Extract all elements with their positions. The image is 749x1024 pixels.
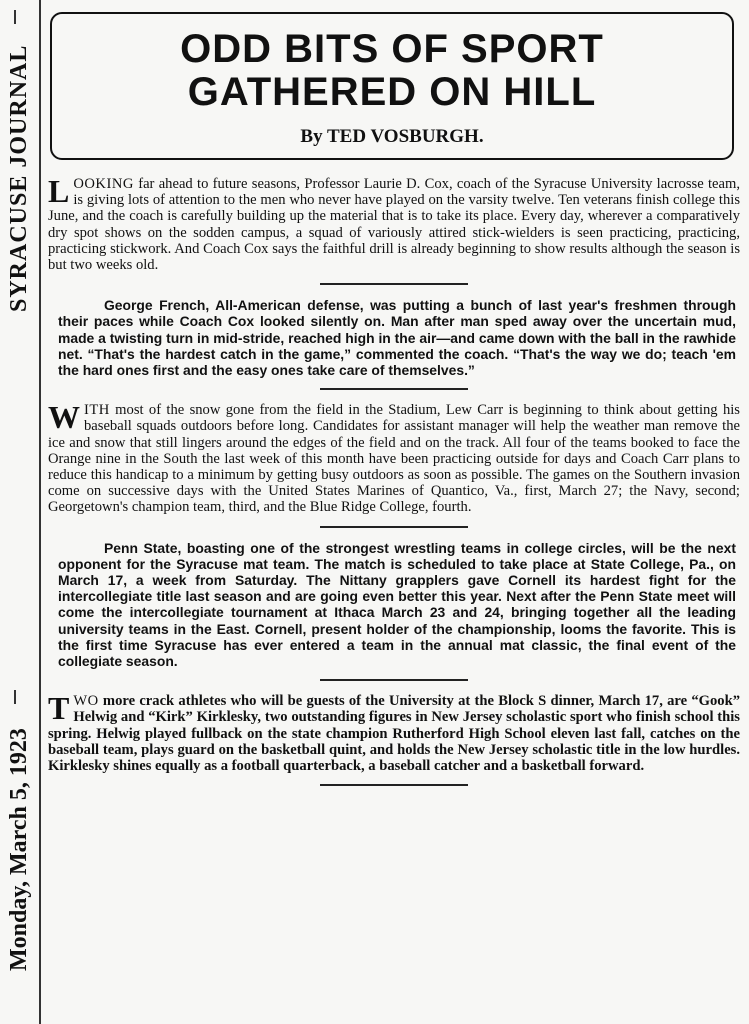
paragraph-text: Penn State, boasting one of the stronges…	[58, 540, 736, 669]
masthead: SYRACUSE JOURNAL Monday, March 5, 1923	[0, 0, 40, 1024]
section-divider	[320, 388, 468, 390]
headline-line-1: ODD BITS OF SPORT	[52, 28, 732, 71]
lead-word: WO	[73, 693, 98, 709]
lead-word: OOKING	[73, 176, 134, 192]
article-paragraph-baseball: WITH most of the snow gone from the fiel…	[48, 402, 740, 515]
drop-cap: L	[48, 178, 69, 204]
section-divider	[320, 784, 468, 786]
section-divider	[320, 283, 468, 285]
paragraph-text: most of the snow gone from the field in …	[48, 402, 740, 515]
section-divider	[320, 679, 468, 681]
headline-box: ODD BITS OF SPORT GATHERED ON HILL By TE…	[50, 12, 734, 160]
paragraph-text: more crack athletes who will be guests o…	[48, 693, 740, 774]
article-column: LOOKING far ahead to future seasons, Pro…	[48, 176, 740, 798]
paragraph-text: far ahead to future seasons, Professor L…	[48, 176, 740, 273]
lead-word: ITH	[84, 402, 110, 418]
drop-cap: W	[48, 404, 80, 430]
byline: By TED VOSBURGH.	[52, 126, 732, 148]
article-paragraph-wrestling: Penn State, boasting one of the stronges…	[48, 540, 740, 670]
headline-line-2: GATHERED ON HILL	[52, 71, 732, 114]
column-rule	[39, 0, 41, 1024]
article-paragraph-french: George French, All-American defense, was…	[48, 297, 740, 378]
section-divider	[320, 526, 468, 528]
drop-cap: T	[48, 695, 69, 721]
article-paragraph-athletes: TWO more crack athletes who will be gues…	[48, 693, 740, 774]
issue-date: Monday, March 5, 1923	[2, 690, 36, 1010]
paragraph-text: George French, All-American defense, was…	[58, 297, 736, 378]
article-paragraph-lacrosse: LOOKING far ahead to future seasons, Pro…	[48, 176, 740, 273]
headline: ODD BITS OF SPORT GATHERED ON HILL	[52, 28, 732, 114]
newspaper-name: SYRACUSE JOURNAL	[2, 18, 36, 338]
